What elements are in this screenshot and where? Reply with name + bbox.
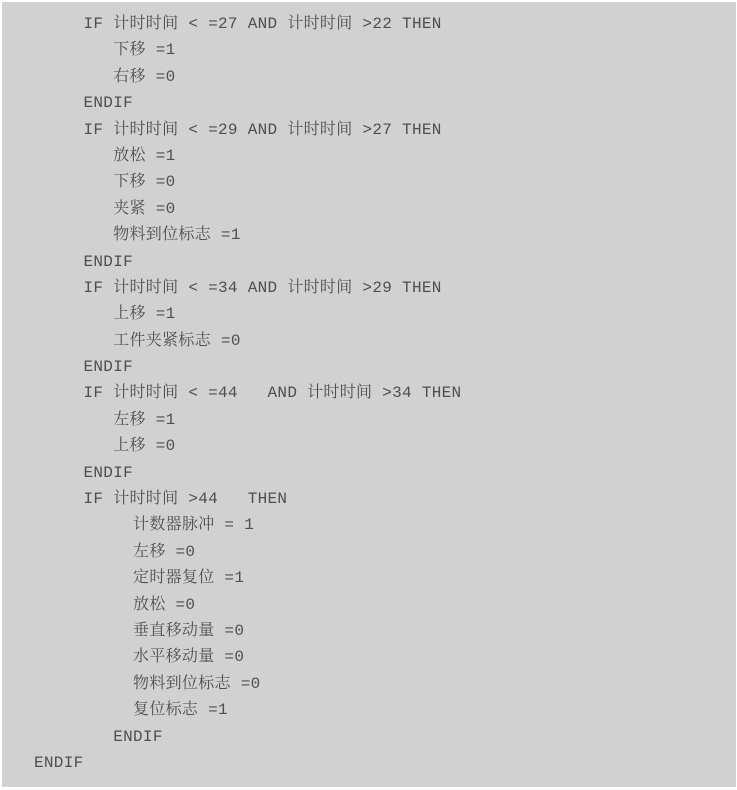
code-line: 定时器复位 =1 [34,565,736,591]
code-line: 物料到位标志 =1 [34,222,736,248]
code-panel: IF 计时时间 < =27 AND 计时时间 >22 THEN 下移 =1 右移… [2,2,736,787]
code-line: 计数器脉冲 = 1 [34,512,736,538]
code-line: 上移 =0 [34,433,736,459]
code-line: ENDIF [34,750,736,776]
code-line: 右移 =0 [34,64,736,90]
code-line: IF 计时时间 < =44 AND 计时时间 >34 THEN [34,380,736,406]
code-line: IF 计时时间 >44 THEN [34,486,736,512]
code-line: ENDIF [34,90,736,116]
code-line: 物料到位标志 =0 [34,671,736,697]
code-line: 左移 =1 [34,407,736,433]
code-line: IF 计时时间 < =29 AND 计时时间 >27 THEN [34,117,736,143]
code-line: 复位标志 =1 [34,697,736,723]
code-line: 上移 =1 [34,301,736,327]
code-line: 放松 =1 [34,143,736,169]
code-listing: IF 计时时间 < =27 AND 计时时间 >22 THEN 下移 =1 右移… [2,2,736,776]
scanned-document-page: IF 计时时间 < =27 AND 计时时间 >22 THEN 下移 =1 右移… [0,0,737,790]
code-line: IF 计时时间 < =27 AND 计时时间 >22 THEN [34,11,736,37]
code-line: ENDIF [34,249,736,275]
code-line: IF 计时时间 < =34 AND 计时时间 >29 THEN [34,275,736,301]
code-line: 下移 =1 [34,37,736,63]
code-line: 左移 =0 [34,539,736,565]
code-line: 放松 =0 [34,592,736,618]
code-line: 下移 =0 [34,169,736,195]
code-line: 工件夹紧标志 =0 [34,328,736,354]
code-line: ENDIF [34,460,736,486]
code-line: 垂直移动量 =0 [34,618,736,644]
code-line: ENDIF [34,724,736,750]
code-line: 夹紧 =0 [34,196,736,222]
code-line: 水平移动量 =0 [34,644,736,670]
code-line: ENDIF [34,354,736,380]
